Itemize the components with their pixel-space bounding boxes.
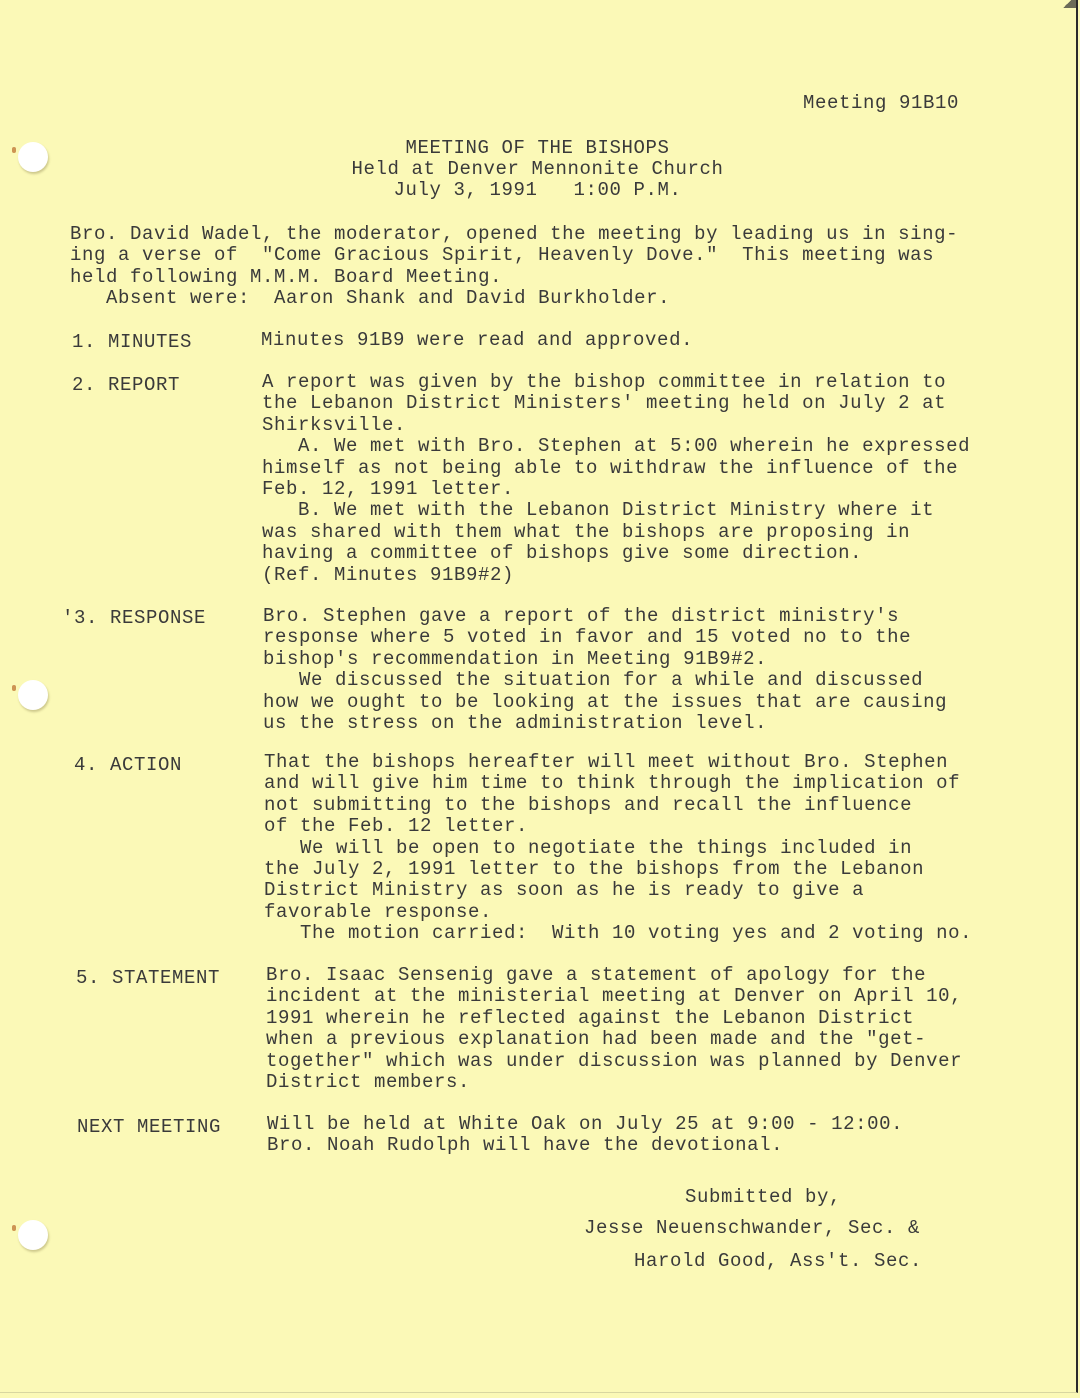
section-line: District members. [266,1072,962,1093]
meeting-location: Held at Denver Mennonite Church [300,159,775,180]
section-line: We will be open to negotiate the things … [264,838,972,859]
intro-line: ing a verse of "Come Gracious Spirit, He… [70,245,958,266]
punch-hole-bottom [18,1220,48,1250]
punch-hole-top [18,142,48,172]
section-line: We discussed the situation for a while a… [263,670,947,691]
assistant-secretary-name: Harold Good, Ass't. Sec. [634,1251,922,1272]
submitted-by: Submitted by, [685,1187,841,1208]
section-line: A report was given by the bishop committ… [262,372,970,393]
section-line: B. We met with the Lebanon District Mini… [262,500,970,521]
section-body-next-meeting: Will be held at White Oak on July 25 at … [267,1114,903,1157]
section-line: (Ref. Minutes 91B9#2) [262,565,970,586]
section-line: Shirksville. [262,415,970,436]
intro-line: held following M.M.M. Board Meeting. [70,267,958,288]
section-line: of the Feb. 12 letter. [264,816,972,837]
page-corner-fold [1058,0,1076,8]
section-line: us the stress on the administration leve… [263,713,947,734]
section-line: 1991 wherein he reflected against the Le… [266,1008,962,1029]
section-line: Minutes 91B9 were read and approved. [261,330,693,351]
section-body-action: That the bishops hereafter will meet wit… [264,752,972,945]
section-line: how we ought to be looking at the issues… [263,692,947,713]
section-line: bishop's recommendation in Meeting 91B9#… [263,649,947,670]
section-line: The motion carried: With 10 voting yes a… [264,923,972,944]
section-body-report: A report was given by the bishop committ… [262,372,970,586]
meeting-datetime: July 3, 1991 1:00 P.M. [300,180,775,201]
section-line: Bro. Stephen gave a report of the distri… [263,606,947,627]
section-label-statement: 5. STATEMENT [76,968,220,989]
section-label-response: '3. RESPONSE [62,608,206,629]
section-line: together" which was under discussion was… [266,1051,962,1072]
intro-line: Bro. David Wadel, the moderator, opened … [70,224,958,245]
section-line: Will be held at White Oak on July 25 at … [267,1114,903,1135]
document-title: MEETING OF THE BISHOPS [300,138,775,159]
section-body-minutes: Minutes 91B9 were read and approved. [261,330,693,351]
section-line: not submitting to the bishops and recall… [264,795,972,816]
section-label-next-meeting: NEXT MEETING [77,1117,221,1138]
section-line: response where 5 voted in favor and 15 v… [263,627,947,648]
section-line: the July 2, 1991 letter to the bishops f… [264,859,972,880]
section-line: Bro. Isaac Sensenig gave a statement of … [266,965,962,986]
section-line: having a committee of bishops give some … [262,543,970,564]
section-label-minutes: 1. MINUTES [72,332,192,353]
intro-line: Absent were: Aaron Shank and David Burkh… [70,288,958,309]
section-line: A. We met with Bro. Stephen at 5:00 wher… [262,436,970,457]
section-line: favorable response. [264,902,972,923]
section-label-action: 4. ACTION [74,755,182,776]
section-line: Bro. Noah Rudolph will have the devotion… [267,1135,903,1156]
section-line: himself as not being able to withdraw th… [262,458,970,479]
section-line: was shared with them what the bishops ar… [262,522,970,543]
section-line: and will give him time to think through … [264,773,972,794]
section-line: when a previous explanation had been mad… [266,1029,962,1050]
intro-paragraph: Bro. David Wadel, the moderator, opened … [70,224,958,310]
document-page: Meeting 91B10 MEETING OF THE BISHOPS Hel… [0,0,1078,1393]
secretary-name: Jesse Neuenschwander, Sec. & [584,1218,920,1239]
meeting-id: Meeting 91B10 [803,93,959,114]
section-body-statement: Bro. Isaac Sensenig gave a statement of … [266,965,962,1093]
section-line: Feb. 12, 1991 letter. [262,479,970,500]
section-line: the Lebanon District Ministers' meeting … [262,393,970,414]
section-line: District Ministry as soon as he is ready… [264,880,972,901]
section-line: That the bishops hereafter will meet wit… [264,752,972,773]
section-label-report: 2. REPORT [72,375,180,396]
section-line: incident at the ministerial meeting at D… [266,986,962,1007]
punch-hole-middle [18,680,48,710]
section-body-response: Bro. Stephen gave a report of the distri… [263,606,947,734]
